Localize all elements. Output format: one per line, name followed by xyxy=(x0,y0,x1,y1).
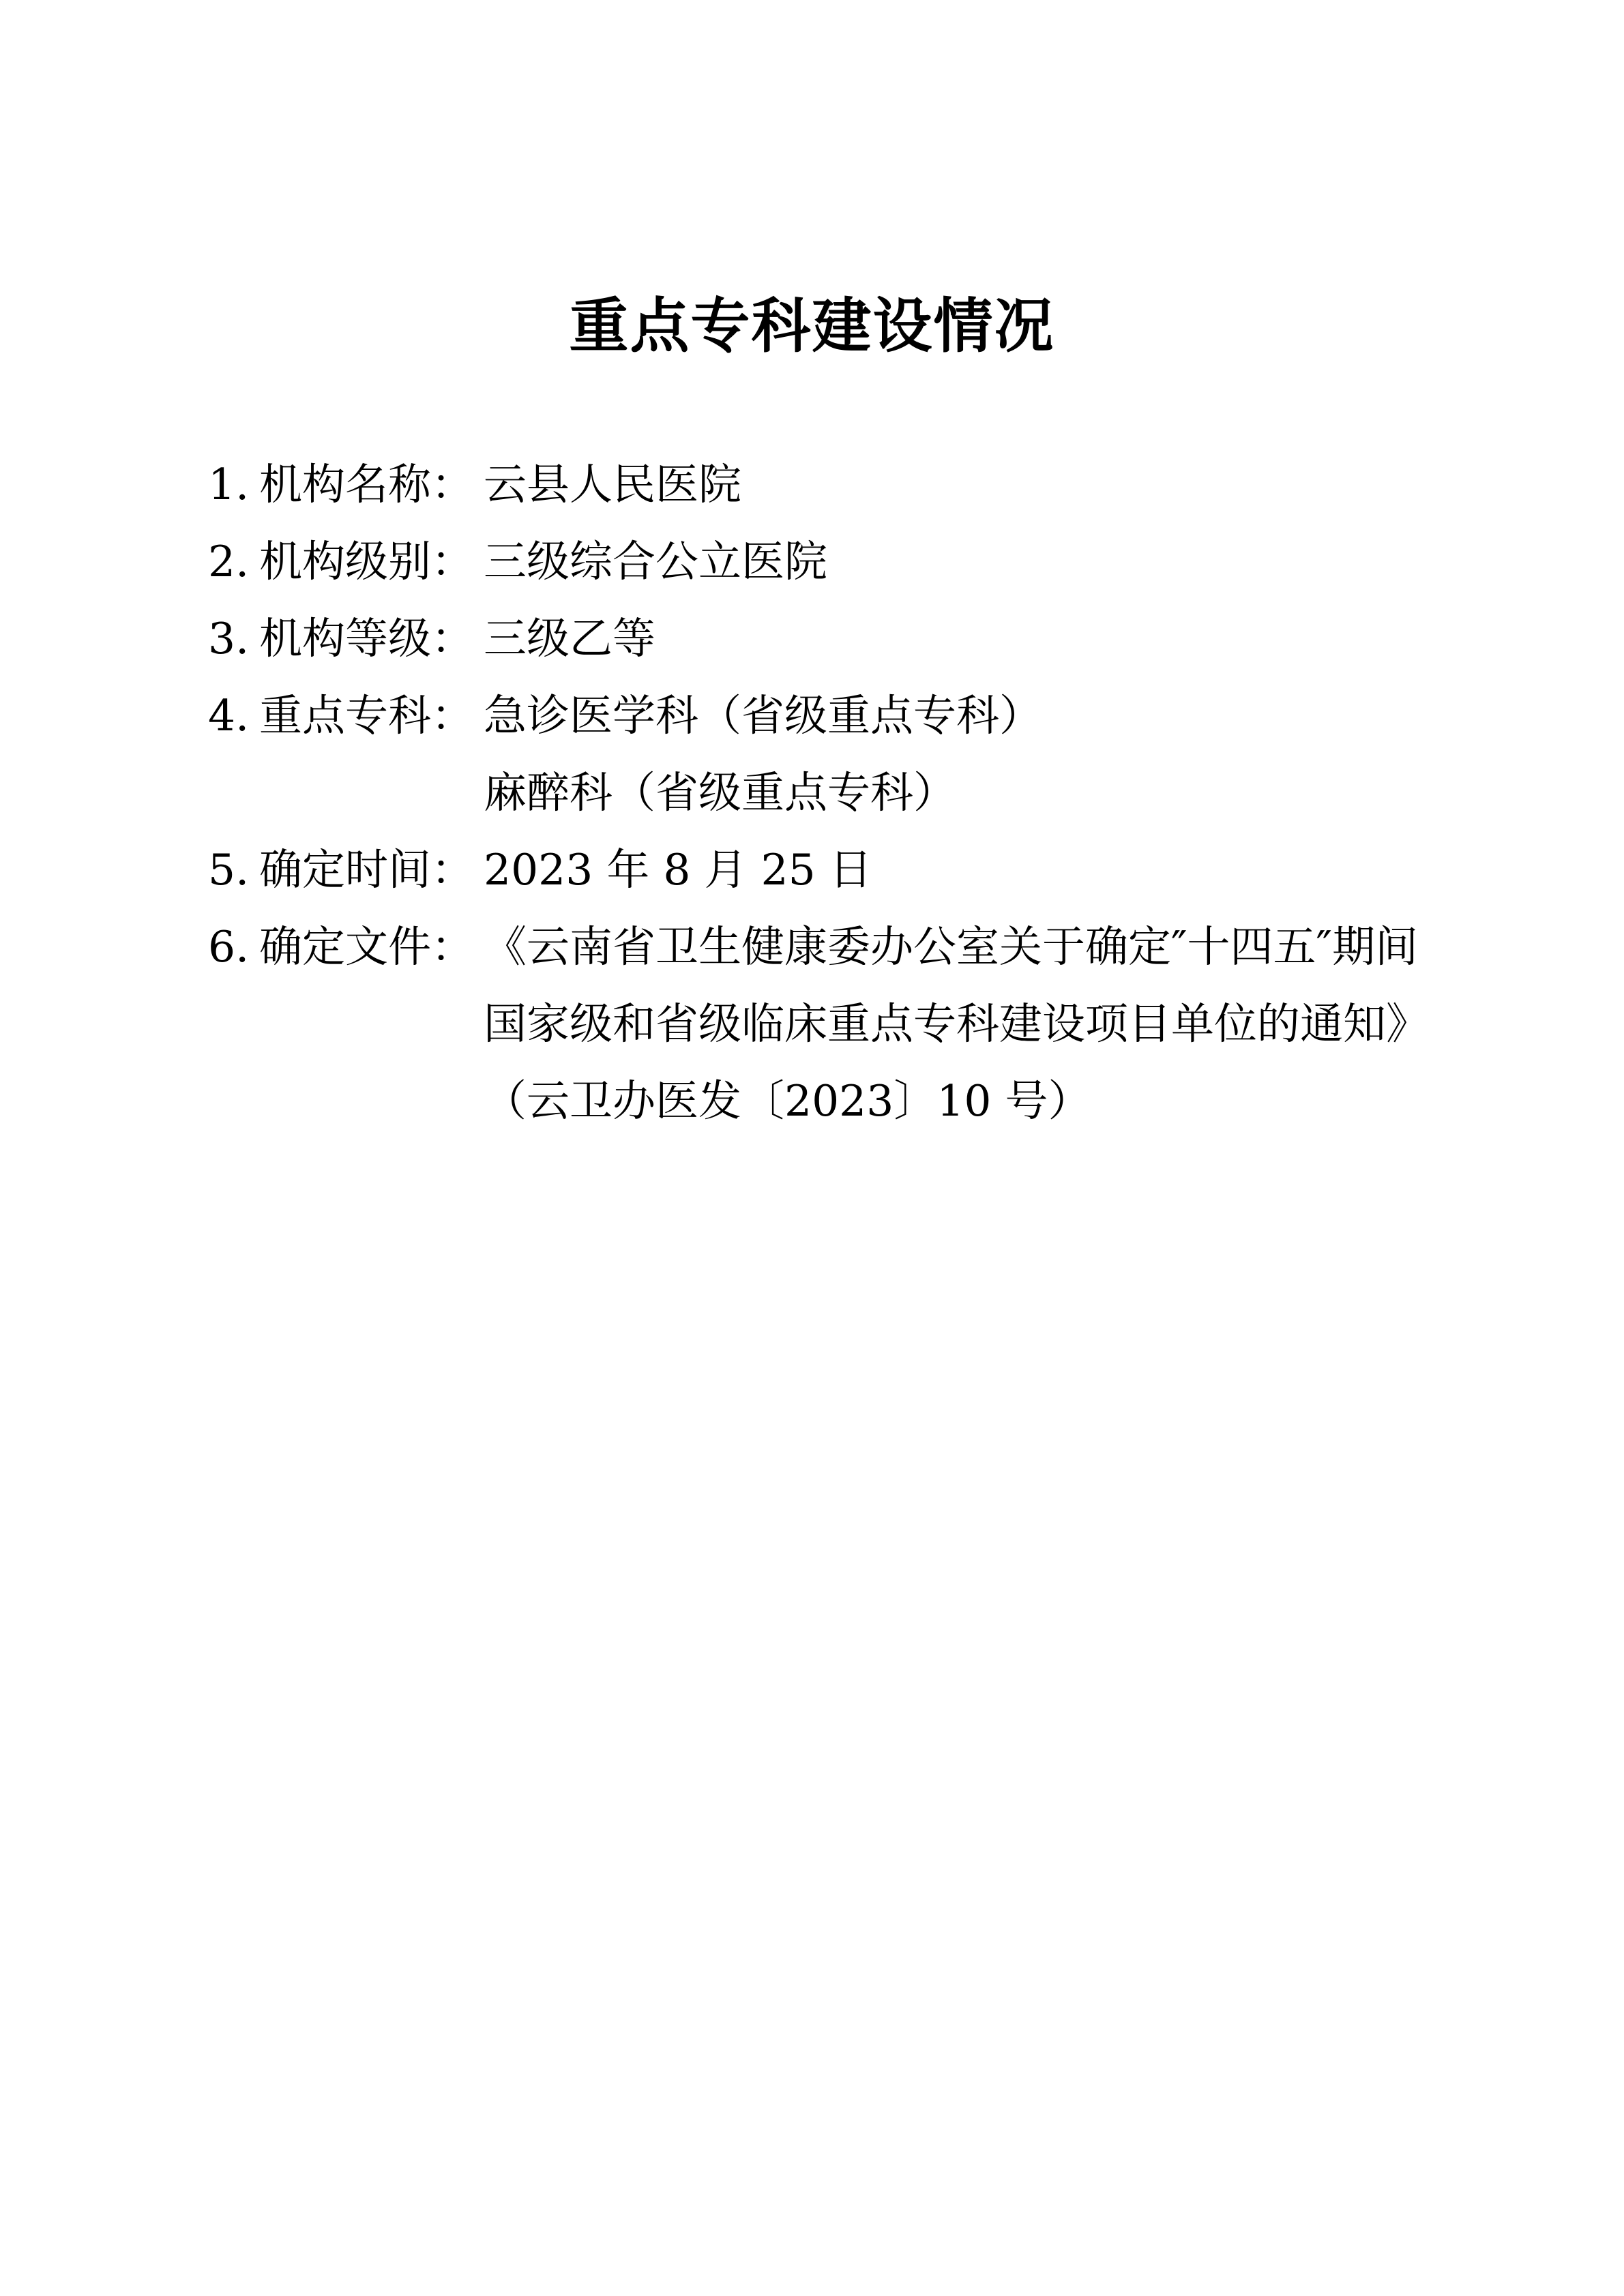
item-label: 确定文件： xyxy=(259,908,484,985)
item-value: 急诊医学科（省级重点专科） 麻醉科（省级重点专科） xyxy=(484,677,1501,831)
item-value-line: 急诊医学科（省级重点专科） xyxy=(484,677,1501,754)
list-item-institution-category: 2. 机构级别： 三级综合公立医院 xyxy=(208,523,1501,600)
item-number: 3. xyxy=(208,600,259,677)
item-number: 4. xyxy=(208,677,259,754)
list-item-institution-name: 1. 机构名称： 云县人民医院 xyxy=(208,446,1501,523)
item-label: 机构级别： xyxy=(259,523,484,600)
list-item-confirmation-date: 5. 确定时间： 2023 年 8 月 25 日 xyxy=(208,831,1501,908)
item-number: 2. xyxy=(208,523,259,600)
item-label: 机构等级： xyxy=(259,600,484,677)
item-value-line: （云卫办医发〔2023〕10 号） xyxy=(484,1062,1501,1139)
list-item-key-specialties: 4. 重点专科： 急诊医学科（省级重点专科） 麻醉科（省级重点专科） xyxy=(208,677,1501,831)
item-value: 《云南省卫生健康委办公室关于确定″十四五″期间 国家级和省级临床重点专科建设项目… xyxy=(484,908,1501,1139)
document-page: 重点专科建设情况 1. 机构名称： 云县人民医院 2. 机构级别： 三级综合公立… xyxy=(0,0,1624,2296)
item-value-line: 《云南省卫生健康委办公室关于确定″十四五″期间 xyxy=(484,908,1501,985)
item-value-line: 麻醉科（省级重点专科） xyxy=(484,754,1501,831)
item-label: 机构名称： xyxy=(259,446,484,523)
document-title: 重点专科建设情况 xyxy=(0,287,1624,364)
item-value: 2023 年 8 月 25 日 xyxy=(484,831,1501,908)
item-value: 三级乙等 xyxy=(484,600,1501,677)
item-number: 5. xyxy=(208,831,259,908)
item-value: 云县人民医院 xyxy=(484,446,1501,523)
item-number: 6. xyxy=(208,908,259,985)
item-number: 1. xyxy=(208,446,259,523)
item-label: 确定时间： xyxy=(259,831,484,908)
item-value-line: 2023 年 8 月 25 日 xyxy=(484,831,1501,908)
item-label: 重点专科： xyxy=(259,677,484,754)
item-value-line: 三级乙等 xyxy=(484,600,1501,677)
item-value-line: 国家级和省级临床重点专科建设项目单位的通知》 xyxy=(484,985,1501,1062)
item-value-line: 云县人民医院 xyxy=(484,446,1501,523)
item-value: 三级综合公立医院 xyxy=(484,523,1501,600)
list-item-confirmation-document: 6. 确定文件： 《云南省卫生健康委办公室关于确定″十四五″期间 国家级和省级临… xyxy=(208,908,1501,1139)
item-value-line: 三级综合公立医院 xyxy=(484,523,1501,600)
info-list: 1. 机构名称： 云县人民医院 2. 机构级别： 三级综合公立医院 3. 机构等… xyxy=(208,446,1501,1139)
list-item-institution-grade: 3. 机构等级： 三级乙等 xyxy=(208,600,1501,677)
